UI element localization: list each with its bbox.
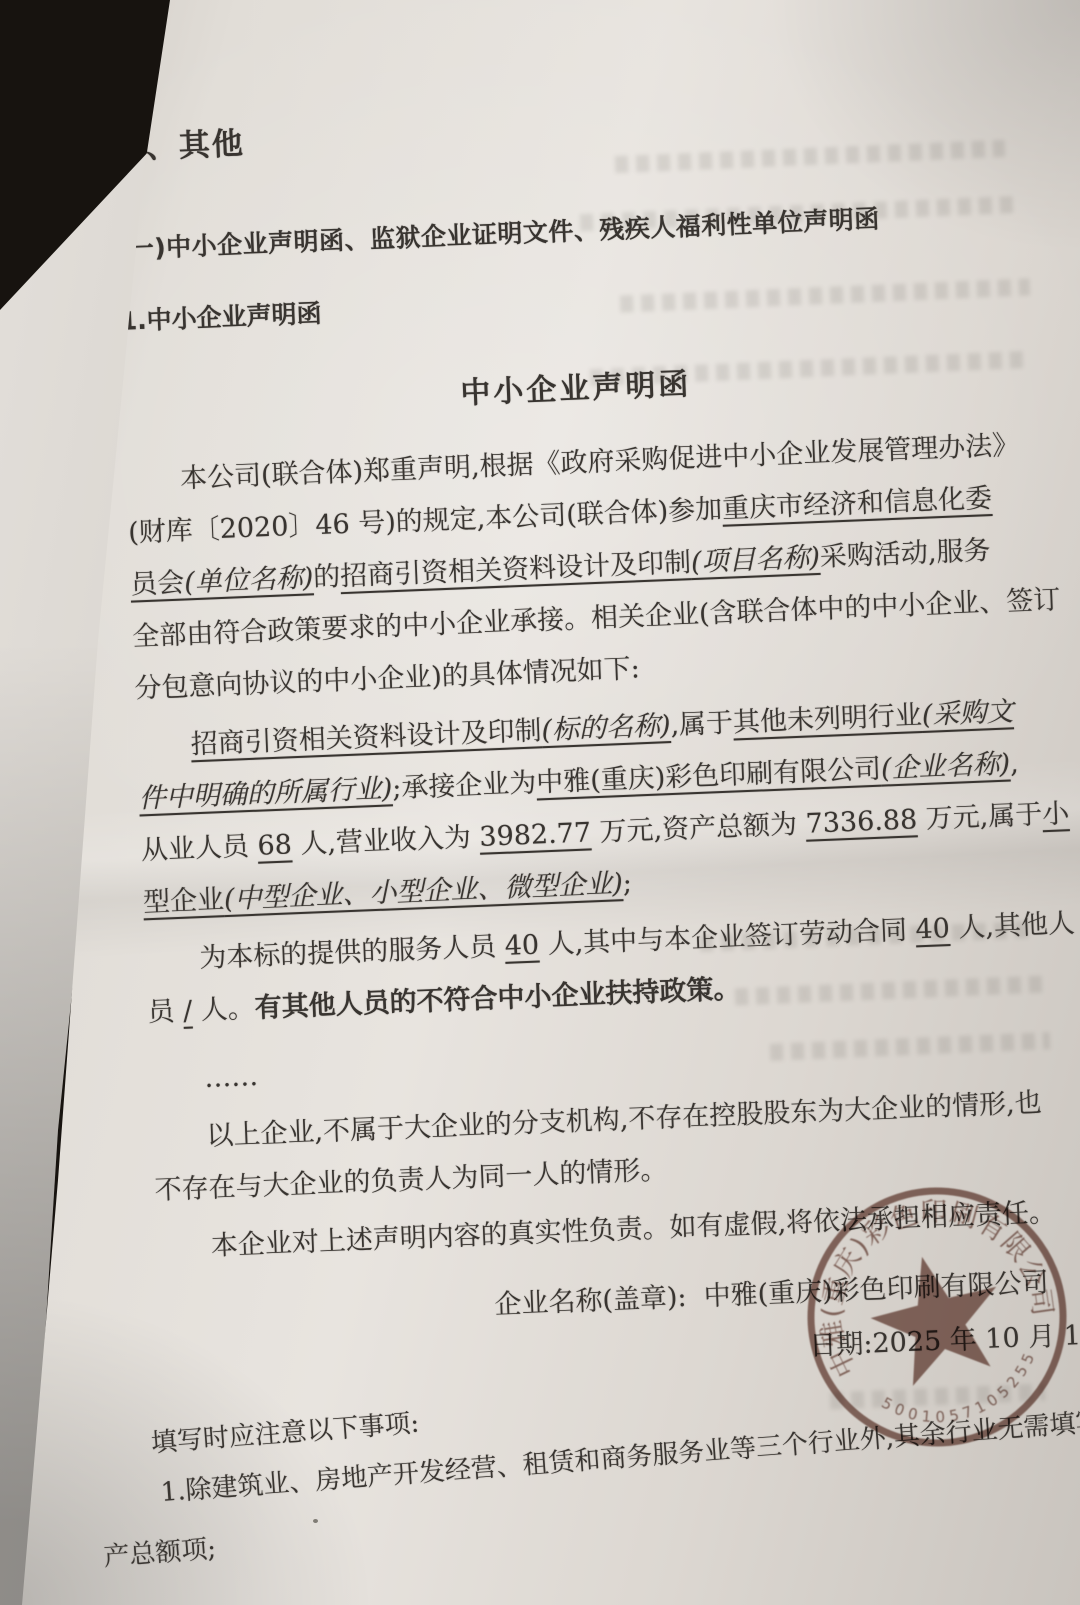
text-segment: 的 xyxy=(313,561,341,593)
letter-body: 本公司(联合体)郑重声明,根据《政府采购促进中小企业发展管理办法》(财库〔202… xyxy=(125,419,1063,1275)
text-segment: 重庆市经济和信息化委 xyxy=(722,483,993,525)
seal-number-text: 5001057105255 xyxy=(872,1343,1052,1442)
text-segment: , xyxy=(1009,748,1019,779)
text-segment: 40 xyxy=(915,913,951,945)
text-segment: 招商引资相关资料设计及印制 xyxy=(190,715,542,760)
text-segment: 为本标的提供的服务人员 xyxy=(199,931,506,974)
text-segment: (采购文 xyxy=(921,696,1014,731)
text-segment: 人,营业收入为 xyxy=(291,822,480,861)
signature-company-label: 企业名称(盖章): xyxy=(494,1281,704,1320)
text-segment: 人,其他人 xyxy=(949,908,1075,944)
text-segment: 小 xyxy=(1042,798,1070,830)
text-segment: 68 xyxy=(257,829,293,861)
text-segment: (企业名称) xyxy=(880,748,1010,784)
text-segment: 不存在与大企业的负责人为同一人的情形。 xyxy=(154,1155,668,1207)
text-segment: 7336.88 xyxy=(805,804,918,839)
text-segment: 员 xyxy=(147,996,184,1028)
text-segment: 万元,属于 xyxy=(917,799,1043,835)
text-segment: 从业人员 xyxy=(140,831,258,867)
text-segment: 人,其中与本企业签订劳动合同 xyxy=(538,914,916,960)
text-segment: 中雅(重庆)彩色印刷有限公司 xyxy=(536,754,882,799)
text-segment: 件中明确的所属行业) xyxy=(138,773,393,814)
text-segment: 有其他人员的不符合中小企业扶持政策。 xyxy=(254,973,741,1023)
text-segment: (单位名称) xyxy=(184,562,314,598)
seal-number-textpath: 5001057105255 xyxy=(872,1343,1052,1442)
paper-page: 五、其他 (一)中小企业声明函、监狱企业证明文件、残疾人福利性单位声明函 1.中… xyxy=(0,0,1080,1605)
text-segment: 招商引资相关资料设计及印制 xyxy=(340,547,692,592)
text-segment: (标的名称) xyxy=(541,710,671,746)
text-segment: 万元,资产总额为 xyxy=(590,809,806,849)
text-segment: ,属于 xyxy=(670,708,734,741)
letter-title: 中小企业声明函 xyxy=(122,349,1029,429)
text-segment: 分包意向协议的中小企业)的具体情况如下: xyxy=(134,653,640,704)
text-segment: 采购活动,服务 xyxy=(819,535,991,573)
text-segment: 其他未列明行业 xyxy=(732,700,922,739)
seal-star-icon xyxy=(859,1241,1014,1392)
text-segment: (中型企业、小型企业、微型企业) xyxy=(223,868,623,915)
text-segment: 人。 xyxy=(192,993,256,1026)
text-segment: 3982.77 xyxy=(479,817,592,852)
text-segment: (项目名称) xyxy=(690,542,820,578)
text-segment: 型企业 xyxy=(143,884,225,918)
text-segment: ; xyxy=(622,868,632,899)
document-photo: 五、其他 (一)中小企业声明函、监狱企业证明文件、残疾人福利性单位声明函 1.中… xyxy=(0,0,1080,1605)
text-segment: ;承接企业为 xyxy=(392,768,537,805)
text-segment: …… xyxy=(204,1061,259,1094)
subsection-heading: (一)中小企业声明函、监狱企业证明文件、残疾人福利性单位声明函 xyxy=(116,196,1023,268)
text-segment: 员会 xyxy=(130,567,185,600)
text-segment: 40 xyxy=(504,930,540,962)
item-heading: 1.中小企业声明函 xyxy=(119,267,1026,339)
